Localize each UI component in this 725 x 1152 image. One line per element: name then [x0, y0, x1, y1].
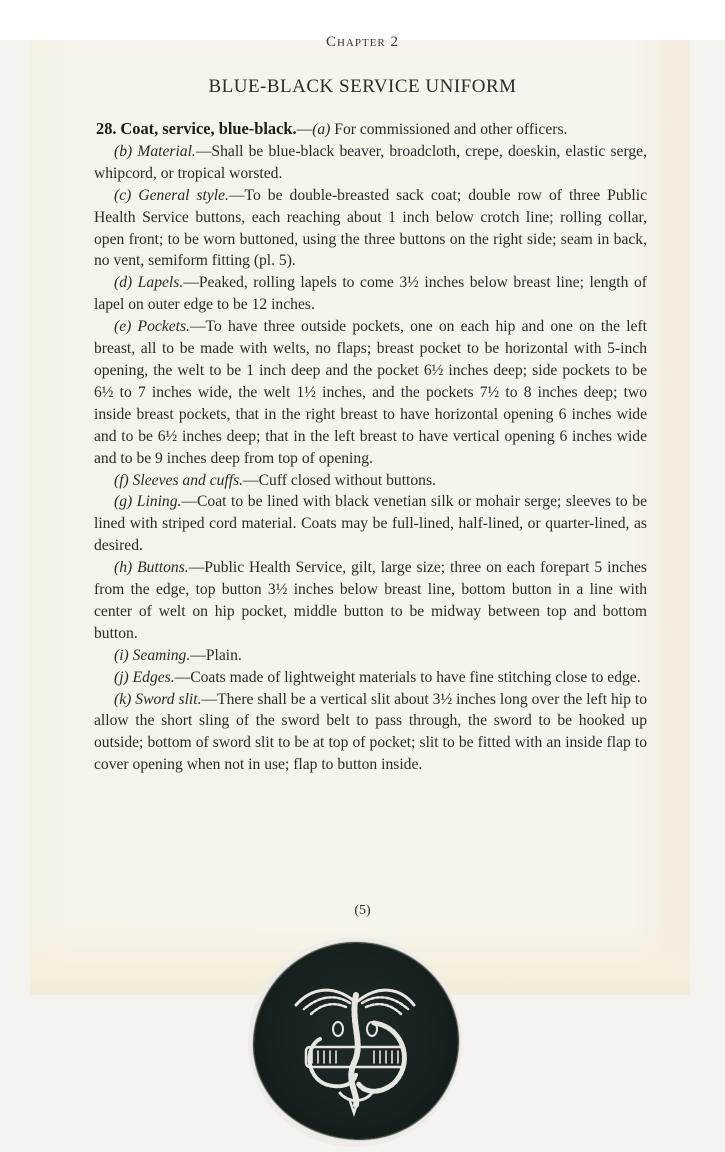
- em-dash: —: [175, 669, 191, 686]
- item-lining: (g) Lining.—Coat to be lined with black …: [94, 491, 647, 557]
- item-text: Plain.: [206, 647, 242, 664]
- item-label: Edges.: [133, 669, 175, 686]
- item-pockets: (e) Pockets.—To have three outside pocke…: [94, 316, 647, 469]
- item-label: Sword slit.: [135, 691, 201, 708]
- em-dash: —: [201, 691, 217, 708]
- item-marker: (a): [312, 121, 330, 138]
- page-number: (5): [0, 903, 725, 919]
- item-material: (b) Material.—Shall be blue-black beaver…: [94, 141, 647, 185]
- item-label: Material.: [137, 143, 195, 160]
- embroidered-insignia-badge: [254, 943, 458, 1139]
- item-marker: (b): [114, 143, 132, 160]
- item-marker: (c): [114, 187, 131, 204]
- section-title: Coat, service, blue-black.: [120, 119, 296, 138]
- item-buttons: (h) Buttons.—Public Health Service, gilt…: [94, 557, 647, 645]
- embroidered-insignia-icon: [254, 943, 458, 1139]
- em-dash: —: [189, 559, 205, 576]
- item-marker: (i): [114, 647, 129, 664]
- item-sleeves-and-cuffs: (f) Sleeves and cuffs.—Cuff closed witho…: [94, 470, 647, 492]
- em-dash: —: [297, 121, 313, 138]
- item-marker: (f): [114, 472, 129, 489]
- item-label: Sleeves and cuffs.: [133, 472, 243, 489]
- item-marker: (j): [114, 669, 129, 686]
- item-label: Lining.: [137, 493, 182, 510]
- item-text: Coats made of lightweight materials to h…: [190, 669, 640, 686]
- item-text: Cuff closed without buttons.: [259, 472, 436, 489]
- item-text: For commissioned and other officers.: [334, 121, 567, 138]
- page-title: BLUE-BLACK SERVICE UNIFORM: [0, 76, 725, 98]
- item-label: Pockets.: [138, 318, 190, 335]
- em-dash: —: [243, 472, 259, 489]
- em-dash: —: [229, 187, 245, 204]
- item-sword-slit: (k) Sword slit.—There shall be a vertica…: [94, 689, 647, 777]
- item-label: General style.: [138, 187, 229, 204]
- em-dash: —: [196, 143, 212, 160]
- section-heading-paragraph: 28. Coat, service, blue-black.—(a) For c…: [94, 118, 647, 141]
- item-label: Lapels.: [138, 274, 184, 291]
- item-label: Buttons.: [137, 559, 189, 576]
- item-label: Seaming.: [133, 647, 191, 664]
- chapter-heading: Chapter 2: [0, 34, 725, 51]
- em-dash: —: [183, 274, 199, 291]
- item-marker: (e): [114, 318, 131, 335]
- item-marker: (k): [114, 691, 131, 708]
- section-body: 28. Coat, service, blue-black.—(a) For c…: [94, 118, 647, 776]
- item-lapels: (d) Lapels.—Peaked, rolling lapels to co…: [94, 272, 647, 316]
- item-marker: (d): [114, 274, 132, 291]
- item-general-style: (c) General style.—To be double-breasted…: [94, 185, 647, 273]
- item-text: To have three outside pockets, one on ea…: [94, 318, 647, 466]
- em-dash: —: [190, 647, 206, 664]
- item-seaming: (i) Seaming.—Plain.: [94, 645, 647, 667]
- item-edges: (j) Edges.—Coats made of lightweight mat…: [94, 667, 647, 689]
- em-dash: —: [181, 493, 197, 510]
- item-marker: (g): [114, 493, 132, 510]
- section-number: 28.: [96, 119, 117, 138]
- em-dash: —: [190, 318, 206, 335]
- item-marker: (h): [114, 559, 132, 576]
